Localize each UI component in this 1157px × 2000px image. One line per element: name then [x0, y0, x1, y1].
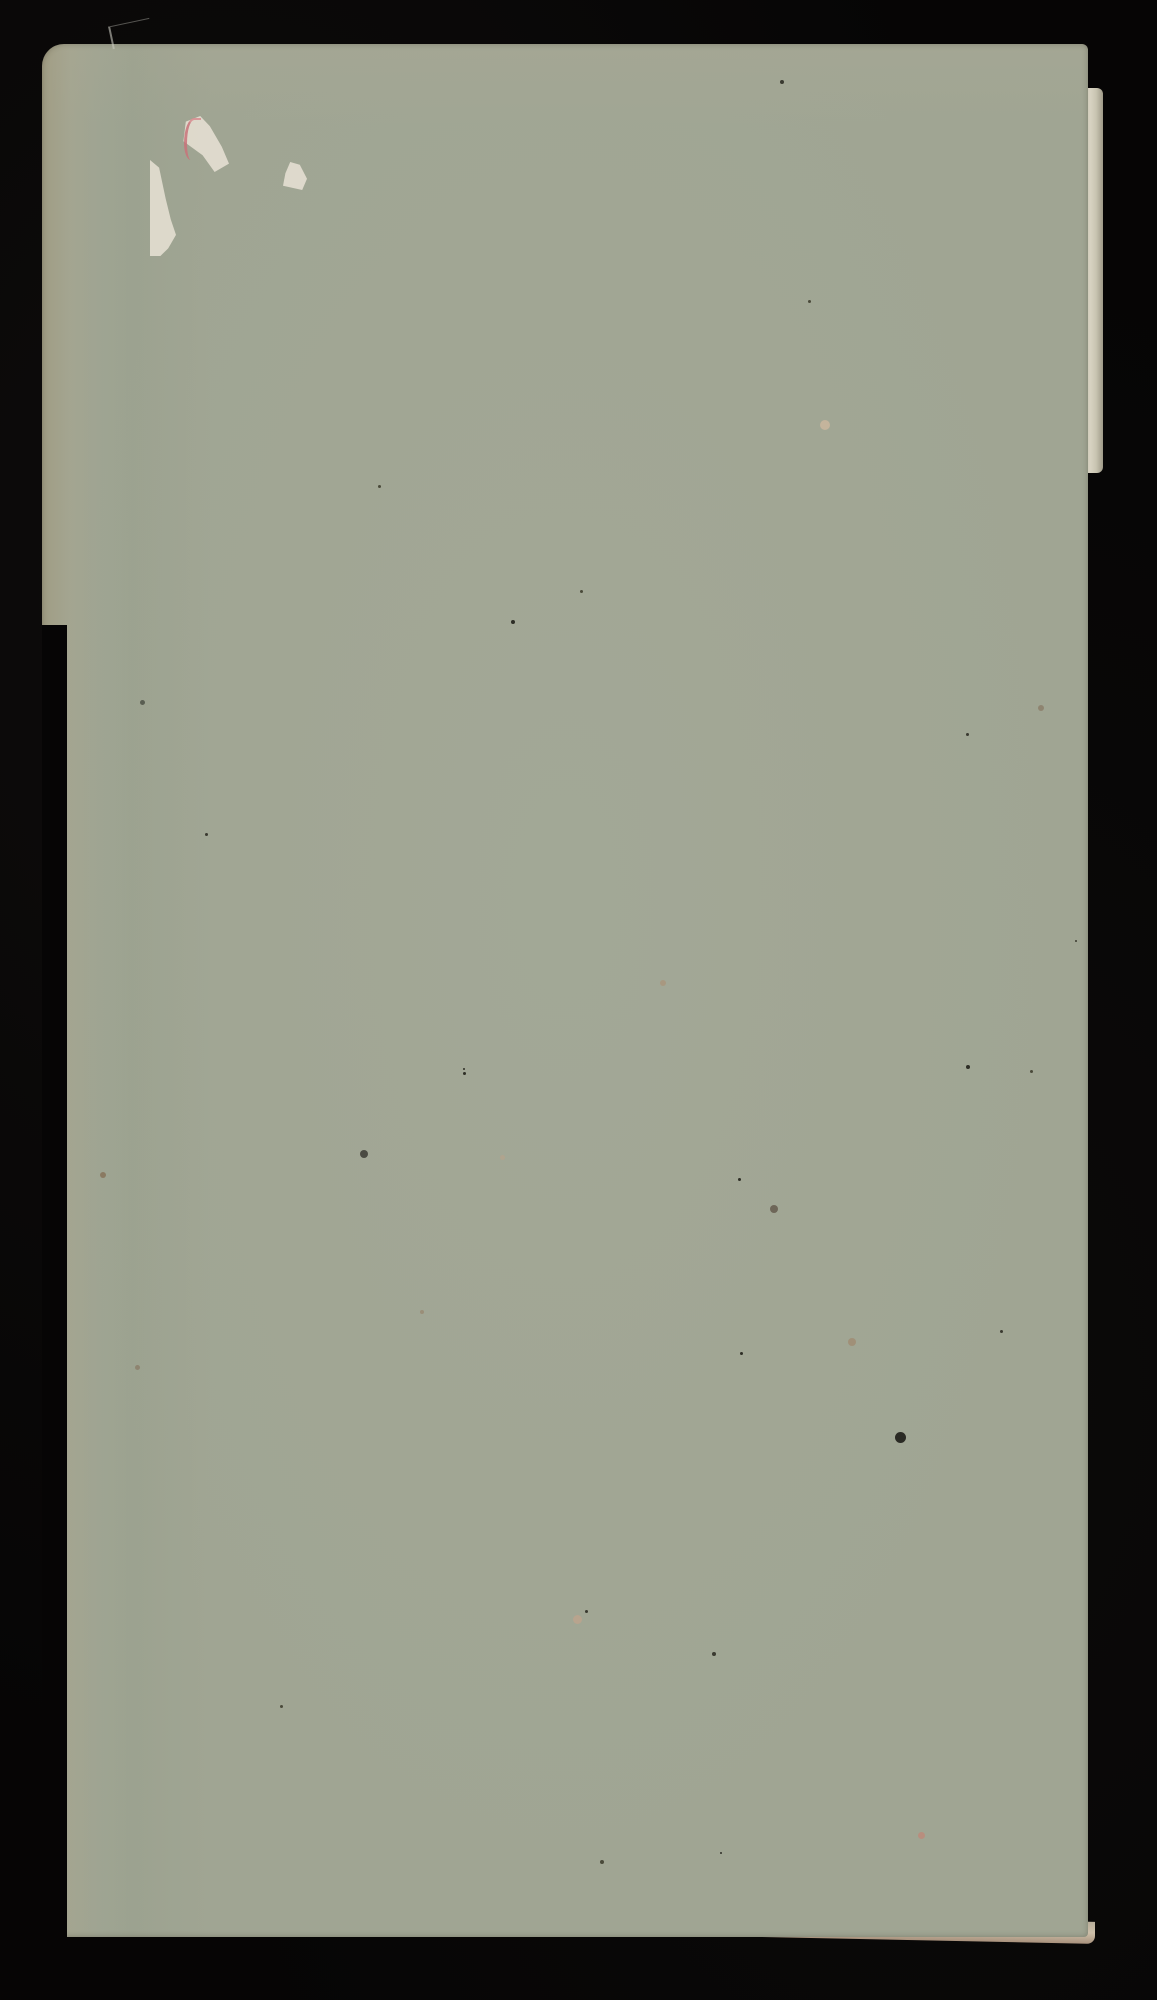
paper-speck	[918, 1832, 925, 1839]
paper-speck	[140, 700, 145, 705]
paper-speck	[1038, 705, 1044, 711]
paper-speck	[135, 1365, 140, 1370]
paper-speck	[740, 1352, 743, 1355]
paper-speck	[712, 1652, 716, 1656]
paper-speck	[420, 1310, 424, 1314]
paper-speck	[573, 1615, 582, 1624]
spine-notch	[42, 625, 67, 1937]
paper-speck	[966, 733, 969, 736]
paper-speck	[600, 1860, 604, 1864]
paper-speck	[100, 1172, 106, 1178]
paper-speck	[820, 420, 830, 430]
paper-speck	[1030, 1070, 1033, 1073]
paper-speck	[585, 1610, 588, 1613]
paper-speck	[205, 833, 208, 836]
paper-speck	[966, 1065, 970, 1069]
photo-scene	[0, 0, 1157, 2000]
paper-speck	[780, 80, 784, 84]
paper-speck	[848, 1338, 856, 1346]
book-cover	[42, 44, 1088, 1937]
paper-speck	[1000, 1330, 1003, 1333]
paper-speck	[378, 485, 381, 488]
paper-speck	[580, 590, 583, 593]
paper-speck	[895, 1432, 906, 1443]
paper-speck	[720, 1852, 722, 1854]
paper-speck	[660, 980, 666, 986]
paper-speck	[511, 620, 515, 624]
paper-speck	[770, 1205, 778, 1213]
paper-speck	[500, 1155, 505, 1160]
paper-speck	[1075, 940, 1077, 942]
paper-speck	[280, 1705, 283, 1708]
paper-speck	[808, 300, 811, 303]
paper-speck	[360, 1150, 368, 1158]
paper-speck	[463, 1068, 465, 1070]
paper-speck	[738, 1178, 741, 1181]
red-ink-mark	[184, 118, 201, 160]
paper-speck	[463, 1072, 466, 1075]
